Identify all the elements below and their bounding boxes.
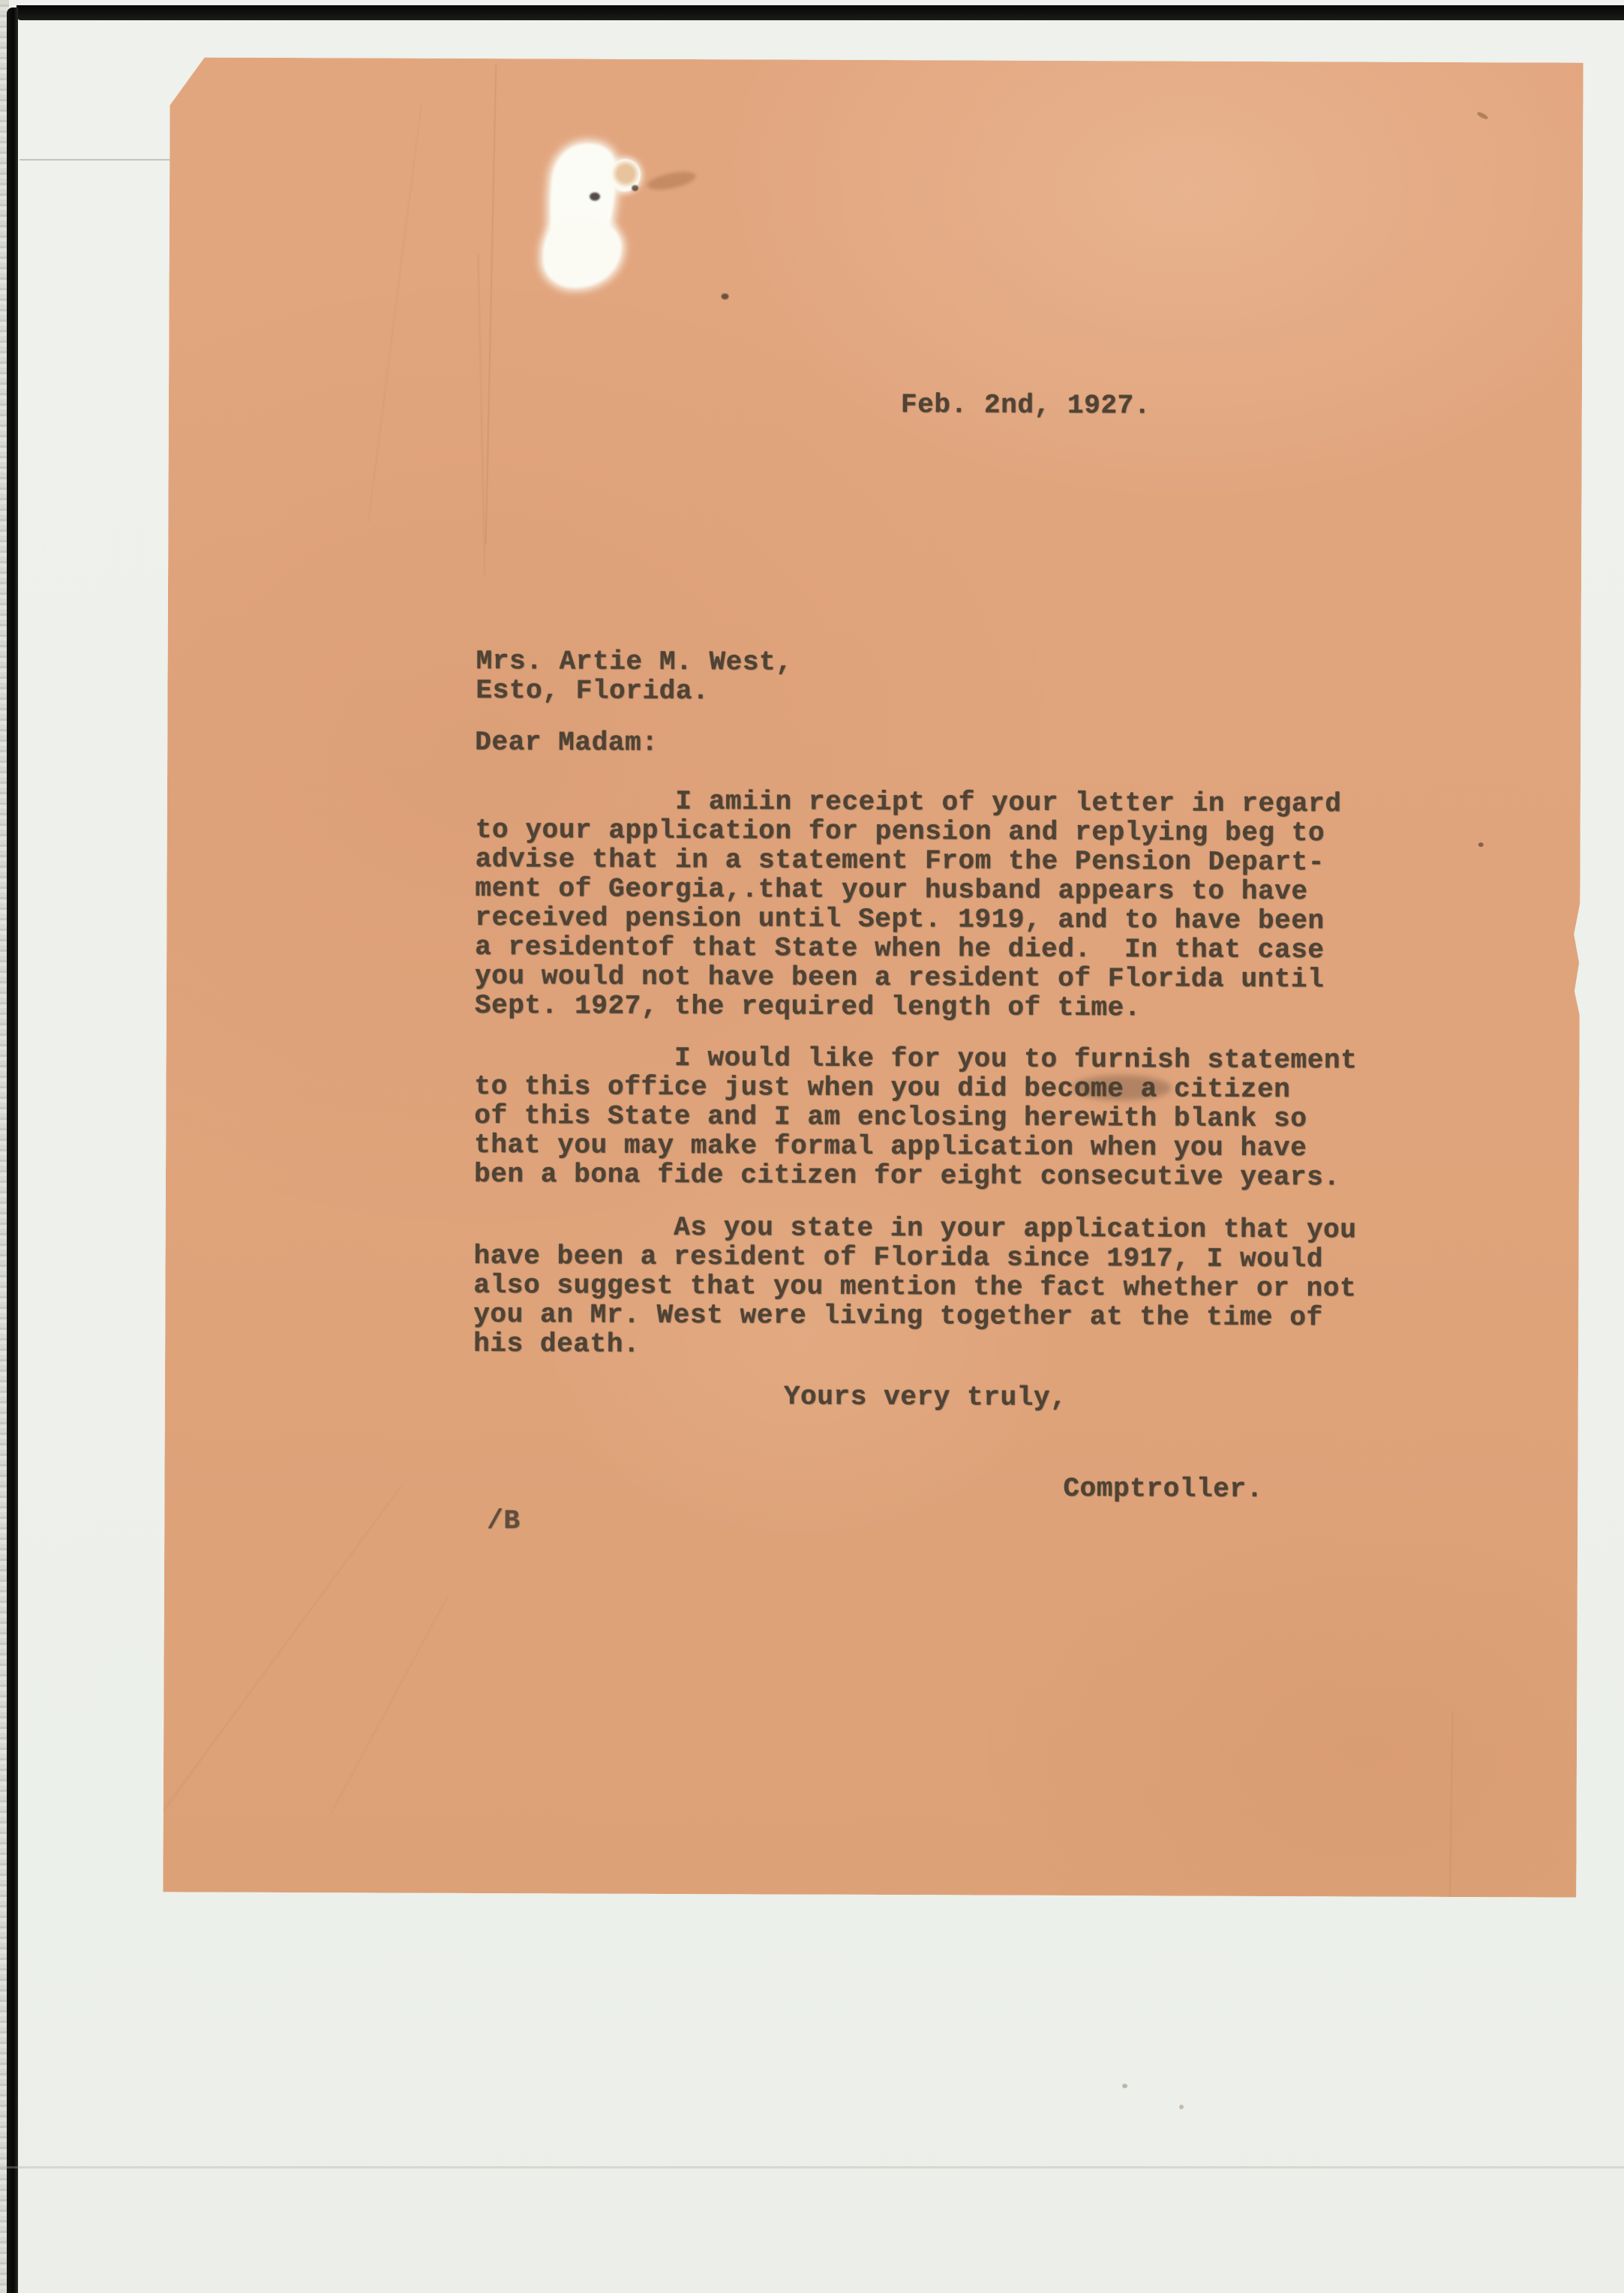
salutation: Dear Madam:	[475, 728, 658, 758]
letter-date: Feb. 2nd, 1927.	[901, 390, 1151, 420]
scanned-letter-page: Feb. 2nd, 1927. Mrs. Artie M. West, Esto…	[0, 0, 1624, 2293]
paper-crease	[477, 254, 485, 576]
ink-speck	[721, 293, 728, 299]
paragraph-2: I would like for you to furnish statemen…	[474, 1043, 1358, 1193]
paper-smudge	[646, 168, 698, 193]
paragraph-3: As you state in your application that yo…	[473, 1212, 1357, 1362]
fiber-speck	[1478, 842, 1484, 847]
paper-tear-lower	[543, 216, 622, 287]
letter-paper: Feb. 2nd, 1927. Mrs. Artie M. West, Esto…	[163, 57, 1583, 1897]
paper-crease	[1449, 1712, 1454, 1897]
scan-frame-corner	[18, 20, 62, 64]
scan-frame-top-border	[17, 5, 1624, 20]
dust-speck	[1122, 2084, 1127, 2088]
dust-speck	[1179, 2105, 1184, 2109]
paper-scratch	[330, 1595, 449, 1814]
paper-scratch	[152, 1485, 402, 1825]
paper-crease	[485, 65, 497, 545]
paragraph-1: I amiin receipt of your letter in regard…	[475, 786, 1342, 1023]
fiber-speck	[1476, 111, 1489, 121]
ink-speck	[590, 193, 600, 201]
signature-title: Comptroller.	[1063, 1474, 1263, 1504]
scan-frame-left-border	[7, 8, 18, 2293]
recipient-address: Mrs. Artie M. West, Esto, Florida.	[476, 647, 792, 707]
paper-scratch	[368, 105, 422, 522]
ink-speck	[632, 185, 638, 191]
scan-streak-line	[0, 2166, 1624, 2168]
closing: Yours very truly,	[784, 1382, 1067, 1412]
typist-initials: /B	[487, 1506, 521, 1535]
ink-overstrike-smudge	[1072, 1075, 1171, 1101]
